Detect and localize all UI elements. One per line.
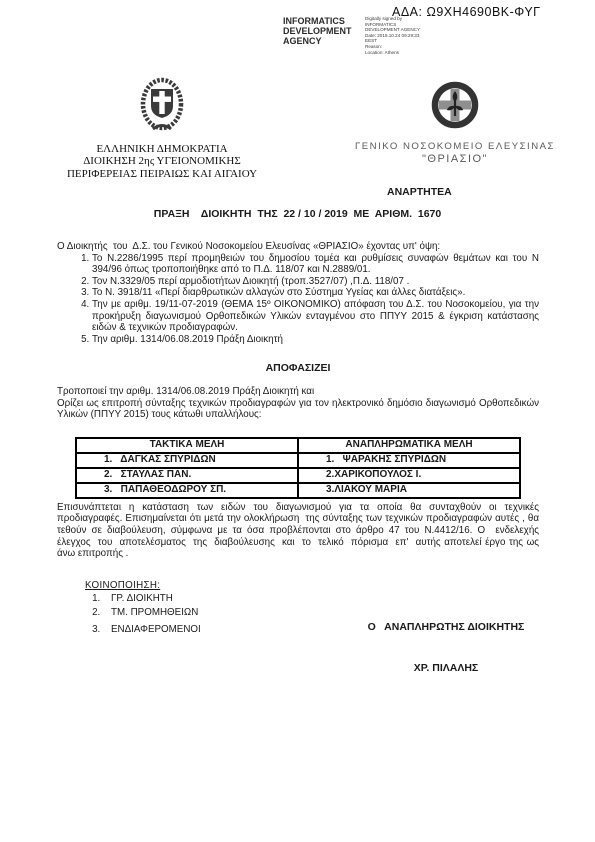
signatory-name: ΧΡ. ΠΙΛΑΛΗΣ (333, 663, 559, 675)
decision-line-1: Τροποποιεί την αριθμ. 1314/06.08.2019 Πρ… (57, 386, 539, 398)
org-right-line2: "ΘΡΙΑΣΙΟ" (330, 153, 580, 166)
distribution-block: ΚΟΙΝΟΠΟΙΗΣΗ: ΓΡ. ΔΙΟΙΚΗΤΗ ΤΜ. ΠΡΟΜΗΘΕΙΩΝ… (85, 580, 285, 636)
closing-paragraph: Επισυνάπτεται η κατάσταση των ειδών του … (57, 502, 539, 560)
distribution-item: ΕΝΔΙΑΦΕΡΟΜΕΝΟΙ (103, 624, 285, 636)
table-row: 2. ΣΤΑΥΛΑΣ ΠΑΝ. 2.ΧΑΡΙΚΟΠΟΥΛΟΣ Ι. (76, 468, 520, 483)
issuing-authority-left: ΕΛΛΗΝΙΚΗ ΔΗΜΟΚΡΑΤΙΑ ΔΙΟΙΚΗΣΗ 2ης ΥΓΕΙΟΝΟ… (38, 76, 286, 180)
org-right-line1: ΓΕΝΙΚΟ ΝΟΣΟΚΟΜΕΙΟ ΕΛΕΥΣΙΝΑΣ (330, 140, 580, 153)
act-intro: Ο Διοικητής του Δ.Σ. του Γενικού Νοσοκομ… (57, 241, 539, 253)
document-page: ΑΔΑ: Ω9ΧΗ4690ΒΚ-ΦΥΓ INFORMATICS DEVELOPM… (0, 0, 595, 842)
org-left-line1: ΕΛΛΗΝΙΚΗ ΔΗΜΟΚΡΑΤΙΑ (38, 143, 286, 156)
act-title: ΠΡΑΞΗ ΔΙΟΙΚΗΤΗ ΤΗΣ 22 / 10 / 2019 ΜΕ ΑΡΙ… (0, 209, 595, 221)
signature-block: Ο ΑΝΑΠΛΗΡΩΤΗΣ ΔΙΟΙΚΗΤΗΣ ΧΡ. ΠΙΛΑΛΗΣ (333, 622, 559, 674)
table-row: 1. ΔΑΓΚΑΣ ΣΠΥΡΙΔΩΝ 1. ΨΑΡΑΚΗΣ ΣΠΥΡΙΔΩΝ (76, 453, 520, 468)
considerations-list: Το Ν.2286/1995 περί προμηθειών του δημοσ… (57, 253, 539, 346)
distribution-item: ΓΡ. ΔΙΟΙΚΗΤΗ (103, 593, 285, 605)
org-left-line2: ΔΙΟΙΚΗΣΗ 2ης ΥΓΕΙΟΝΟΜΙΚΗΣ (38, 155, 286, 168)
decision-line-2: Ορίζει ως επιτροπή σύνταξης τεχνικών προ… (57, 398, 539, 421)
committee-member: 2.ΧΑΡΙΚΟΠΟΥΛΟΣ Ι. (298, 468, 520, 483)
committee-member: 2. ΣΤΑΥΛΑΣ ΠΑΝ. (76, 468, 298, 483)
committee-member: 3. ΠΑΠΑΘΕΟΔΩΡΟΥ ΣΠ. (76, 483, 298, 498)
committee-header-substitute: ΑΝΑΠΛΗΡΩΜΑΤΙΚΑ ΜΕΛΗ (298, 438, 520, 453)
decides-heading: ΑΠΟΦΑΣΙΖΕΙ (57, 363, 539, 375)
consideration-item: Το Ν.2286/1995 περί προμηθειών του δημοσ… (92, 253, 539, 276)
committee-header-row: ΤΑΚΤΙΚΑ ΜΕΛΗ ΑΝΑΠΛΗΡΩΜΑΤΙΚΑ ΜΕΛΗ (76, 438, 520, 453)
committee-member: 3.ΛΙΑΚΟΥ ΜΑΡΙΑ (298, 483, 520, 498)
issuing-authority-right: ΓΕΝΙΚΟ ΝΟΣΟΚΟΜΕΙΟ ΕΛΕΥΣΙΝΑΣ "ΘΡΙΑΣΙΟ" (330, 80, 580, 166)
digital-signature-stamp: INFORMATICS DEVELOPMENT AGENCY Digitally… (283, 16, 437, 55)
signature-details: Digitally signed by INFORMATICS DEVELOPM… (365, 16, 437, 55)
committee-member: 1. ΔΑΓΚΑΣ ΣΠΥΡΙΔΩΝ (76, 453, 298, 468)
signatory-title: Ο ΑΝΑΠΛΗΡΩΤΗΣ ΔΙΟΙΚΗΤΗΣ (333, 622, 559, 634)
committee-member: 1. ΨΑΡΑΚΗΣ ΣΠΥΡΙΔΩΝ (298, 453, 520, 468)
consideration-item: Το Ν. 3918/11 «Περί διαρθρωτικών αλλαγών… (92, 287, 539, 299)
distribution-list: ΓΡ. ΔΙΟΙΚΗΤΗ ΤΜ. ΠΡΟΜΗΘΕΙΩΝ ΕΝΔΙΑΦΕΡΟΜΕΝ… (85, 593, 285, 635)
consideration-item: Την με αριθμ. 19/11-07-2019 (ΘΕΜΑ 15º ΟΙ… (92, 299, 539, 334)
thriasio-hospital-logo-icon (430, 80, 480, 134)
signature-agency-name: INFORMATICS DEVELOPMENT AGENCY (283, 16, 361, 55)
consideration-item: Την αριθμ. 1314/06.08.2019 Πράξη Διοικητ… (92, 334, 539, 346)
signature-detail-line: Location: Athens (365, 50, 437, 56)
distribution-heading: ΚΟΙΝΟΠΟΙΗΣΗ: (85, 580, 285, 592)
committee-header-regular: ΤΑΚΤΙΚΑ ΜΕΛΗ (76, 438, 298, 453)
hellenic-republic-emblem-icon (135, 76, 189, 140)
committee-table: ΤΑΚΤΙΚΑ ΜΕΛΗ ΑΝΑΠΛΗΡΩΜΑΤΙΚΑ ΜΕΛΗ 1. ΔΑΓΚ… (75, 437, 521, 499)
org-left-line3: ΠΕΡΙΦΕΡΕΙΑΣ ΠΕΙΡΑΙΩΣ ΚΑΙ ΑΙΓΑΙΟΥ (38, 168, 286, 181)
distribution-item: ΤΜ. ΠΡΟΜΗΘΕΙΩΝ (103, 607, 285, 619)
consideration-item: Τον Ν.3329/05 περί αρμοδιοτήτων Διοικητή… (92, 276, 539, 288)
table-row: 3. ΠΑΠΑΘΕΟΔΩΡΟΥ ΣΠ. 3.ΛΙΑΚΟΥ ΜΑΡΙΑ (76, 483, 520, 498)
act-body: Ο Διοικητής του Δ.Σ. του Γενικού Νοσοκομ… (57, 241, 539, 638)
anartitea-label: ΑΝΑΡΤΗΤΕΑ (387, 187, 452, 199)
